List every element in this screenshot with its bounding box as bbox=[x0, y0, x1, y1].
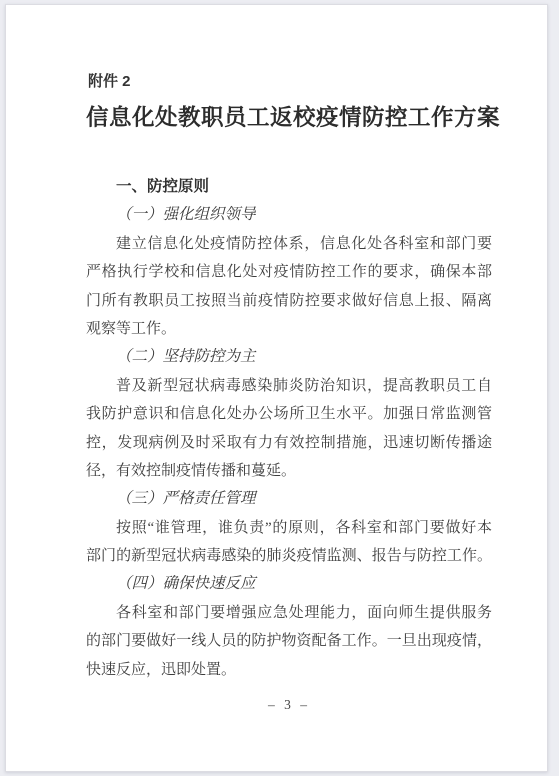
body-line: 建立信息化处疫情防控体系，信息化处各科室和部门要 bbox=[86, 230, 492, 258]
body-line: 普及新型冠状病毒感染肺炎防治知识，提高教职员工自 bbox=[86, 372, 492, 400]
body-line: 各科室和部门要增强应急处理能力，面向师生提供服务 bbox=[86, 599, 492, 627]
body-line: 按照“谁管理，谁负责”的原则，各科室和部门要做好本 bbox=[86, 514, 492, 542]
page-number: – 3 – bbox=[86, 695, 492, 715]
body-line: 快速反应，迅即处置。 bbox=[86, 656, 492, 684]
sub-heading: （四）确保快速反应 bbox=[86, 570, 492, 598]
body-line: 控，发现病例及时采取有力有效控制措施，迅速切断传播途 bbox=[86, 429, 492, 457]
section-heading: 一、防控原则 bbox=[86, 173, 492, 201]
body-line: 严格执行学校和信息化处对疫情防控工作的要求，确保本部 bbox=[86, 258, 492, 286]
body-line: 门所有教职员工按照当前疫情防控要求做好信息上报、隔离 bbox=[86, 287, 492, 315]
attachment-label: 附件 2 bbox=[88, 71, 131, 93]
body-line: 的部门要做好一线人员的防护物资配备工作。一旦出现疫情， bbox=[86, 627, 492, 655]
sub-heading: （二）坚持防控为主 bbox=[86, 343, 492, 371]
sub-heading: （一）强化组织领导 bbox=[86, 201, 492, 229]
body-line: 观察等工作。 bbox=[86, 315, 492, 343]
document-title: 信息化处教职员工返校疫情防控工作方案 bbox=[86, 100, 492, 136]
document-page: 附件 2 信息化处教职员工返校疫情防控工作方案 一、防控原则（一）强化组织领导建… bbox=[5, 4, 548, 772]
body-line: 我防护意识和信息化处办公场所卫生水平。加强日常监测管 bbox=[86, 400, 492, 428]
sub-heading: （三）严格责任管理 bbox=[86, 485, 492, 513]
body-line: 径，有效控制疫情传播和蔓延。 bbox=[86, 457, 492, 485]
screenshot-root: { "page": { "attachment_label": "附件 2", … bbox=[0, 0, 559, 776]
document-body-lines: 一、防控原则（一）强化组织领导建立信息化处疫情防控体系，信息化处各科室和部门要严… bbox=[86, 173, 492, 684]
body-line: 部门的新型冠状病毒感染的肺炎疫情监测、报告与防控工作。 bbox=[86, 542, 492, 570]
